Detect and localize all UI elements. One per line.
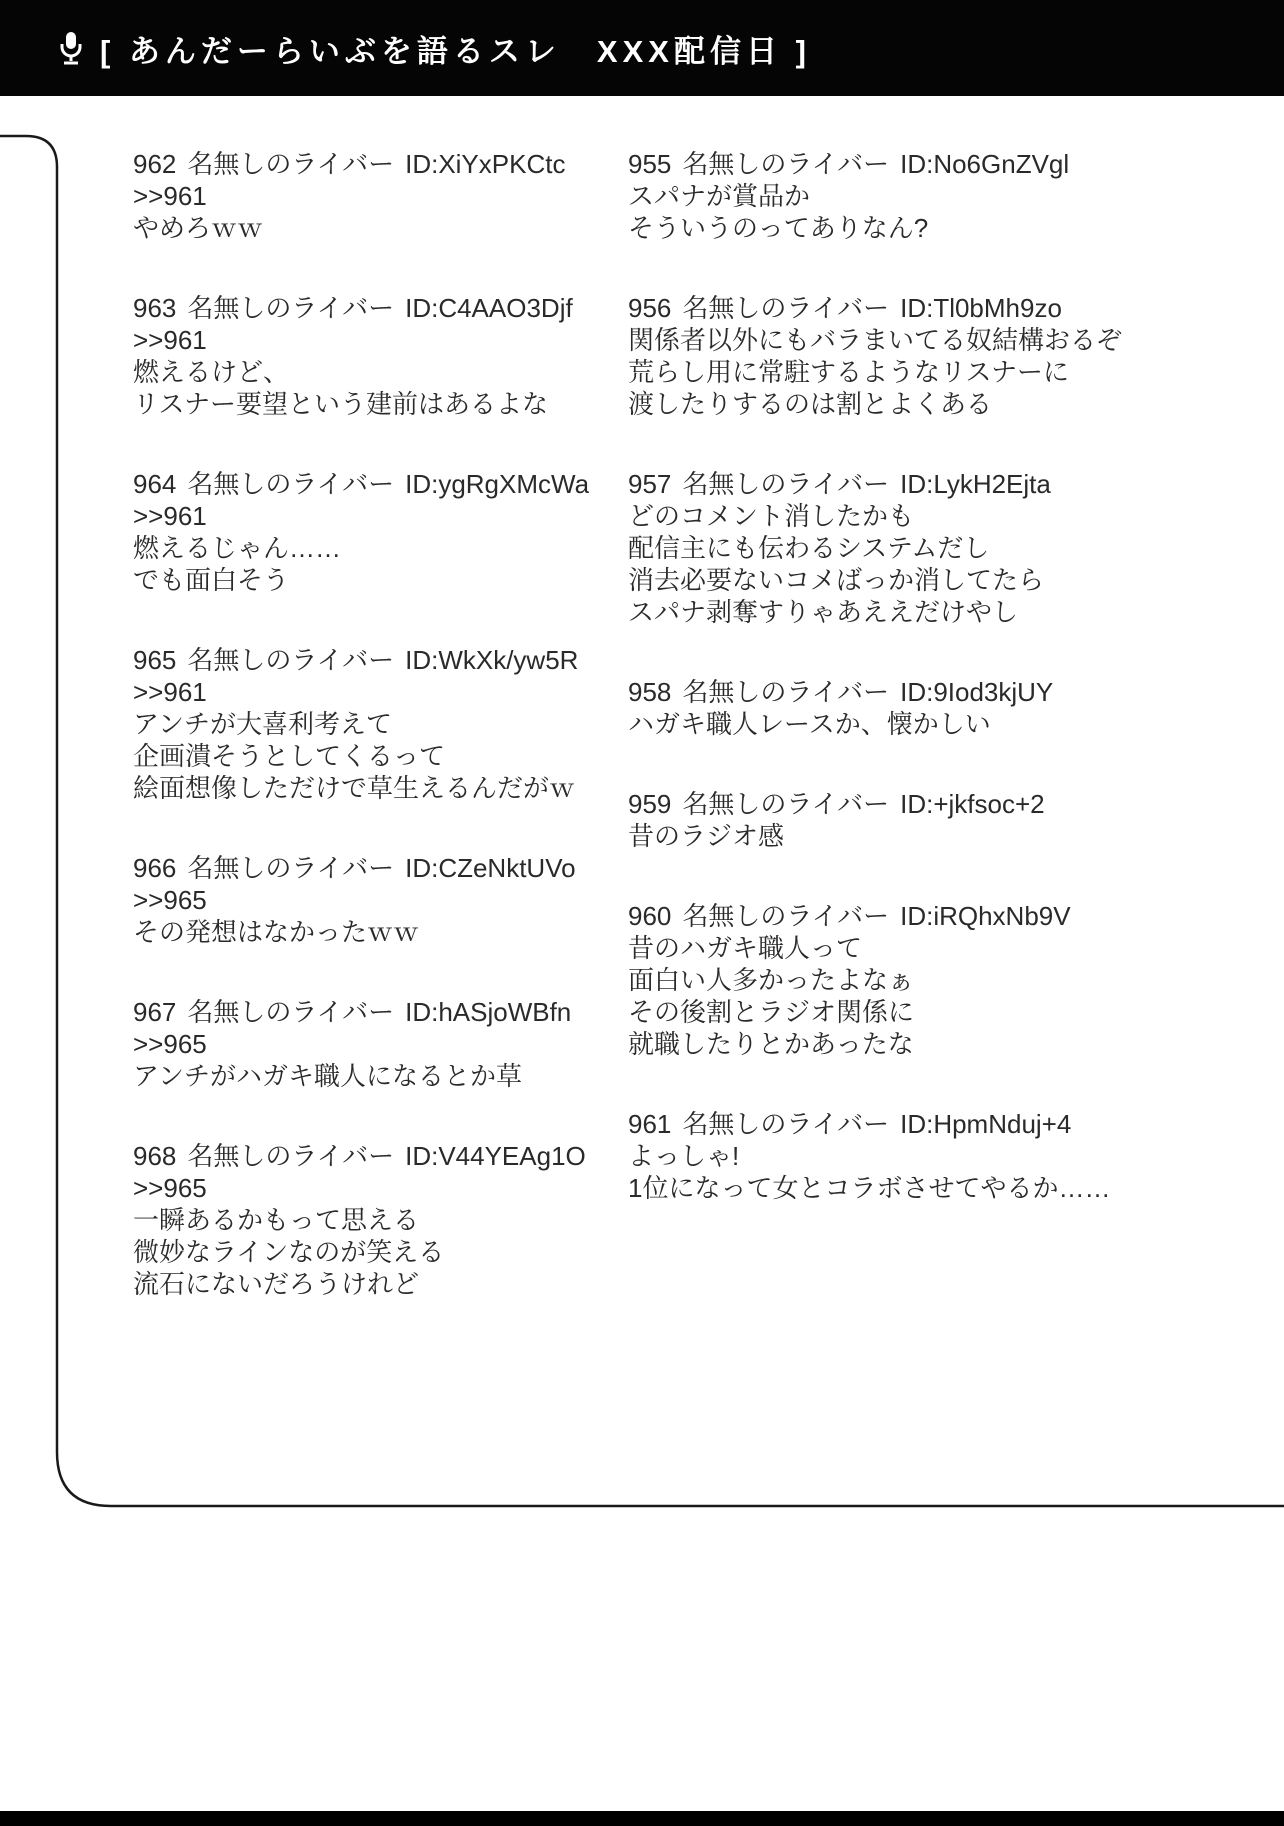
post-text-line: アンチがハガキ職人になるとか草 xyxy=(133,1060,613,1092)
post-header: 966 名無しのライバー ID:CZeNktUVo xyxy=(133,852,613,884)
post-id: ID:hASjoWBfn xyxy=(405,996,571,1028)
post-text-line: ハガキ職人レースか、懐かしい xyxy=(628,708,1248,740)
post-body: 関係者以外にもバラまいてる奴結構おるぞ荒らし用に常駐するようなリスナーに渡したり… xyxy=(628,324,1248,420)
post-id: ID:ygRgXMcWa xyxy=(405,468,589,500)
post-header: 964 名無しのライバー ID:ygRgXMcWa xyxy=(133,468,613,500)
post-id: ID:Tl0bMh9zo xyxy=(900,292,1062,324)
post-number: 967 xyxy=(133,996,176,1028)
post-author-name: 名無しのライバー xyxy=(187,996,394,1028)
post-number: 957 xyxy=(628,468,671,500)
thread-post: 957 名無しのライバー ID:LykH2Ejta どのコメント消したかも配信主… xyxy=(628,468,1248,628)
post-author-name: 名無しのライバー xyxy=(187,468,394,500)
post-number: 966 xyxy=(133,852,176,884)
thread-post: 959 名無しのライバー ID:+jkfsoc+2 昔のラジオ感 xyxy=(628,788,1248,852)
thread-title: [ あんだーらいぶを語るスレ XXX配信日 ] xyxy=(100,26,811,71)
page-bottom-edge xyxy=(0,1811,1284,1826)
post-author-name: 名無しのライバー xyxy=(187,1140,394,1172)
post-header: 960 名無しのライバー ID:iRQhxNb9V xyxy=(628,900,1248,932)
thread-post: 967 名無しのライバー ID:hASjoWBfn >>965アンチがハガキ職人… xyxy=(133,996,613,1092)
post-body: ハガキ職人レースか、懐かしい xyxy=(628,708,1248,740)
post-text-line: その発想はなかったｗｗ xyxy=(133,916,613,948)
reply-anchor: >>965 xyxy=(133,1172,613,1204)
post-author-name: 名無しのライバー xyxy=(682,1108,889,1140)
thread-post: 966 名無しのライバー ID:CZeNktUVo >>965その発想はなかった… xyxy=(133,852,613,948)
post-header: 957 名無しのライバー ID:LykH2Ejta xyxy=(628,468,1248,500)
post-body: よっしゃ!1位になって女とコラボさせてやるか…… xyxy=(628,1140,1248,1204)
post-text-line: 渡したりするのは割とよくある xyxy=(628,388,1248,420)
post-text-line: 一瞬あるかもって思える xyxy=(133,1204,613,1236)
post-author-name: 名無しのライバー xyxy=(682,676,889,708)
post-text-line: 配信主にも伝わるシステムだし xyxy=(628,532,1248,564)
post-text-line: よっしゃ! xyxy=(628,1140,1248,1172)
post-text-line: 微妙なラインなのが笑える xyxy=(133,1236,613,1268)
post-id: ID:C4AAO3Djf xyxy=(405,292,573,324)
post-body: 昔のハガキ職人って面白い人多かったよなぁその後割とラジオ関係に就職したりとかあっ… xyxy=(628,932,1248,1060)
post-author-name: 名無しのライバー xyxy=(187,292,394,324)
post-header: 967 名無しのライバー ID:hASjoWBfn xyxy=(133,996,613,1028)
post-text-line: アンチが大喜利考えて xyxy=(133,708,613,740)
post-author-name: 名無しのライバー xyxy=(682,900,889,932)
post-author-name: 名無しのライバー xyxy=(682,148,889,180)
post-author-name: 名無しのライバー xyxy=(187,852,394,884)
post-id: ID:9Iod3kjUY xyxy=(900,676,1053,708)
post-number: 955 xyxy=(628,148,671,180)
post-author-name: 名無しのライバー xyxy=(682,468,889,500)
post-number: 956 xyxy=(628,292,671,324)
post-body: どのコメント消したかも配信主にも伝わるシステムだし消去必要ないコメばっか消してた… xyxy=(628,500,1248,628)
post-body: >>961アンチが大喜利考えて企画潰そうとしてくるって絵面想像しただけで草生える… xyxy=(133,676,613,804)
post-number: 963 xyxy=(133,292,176,324)
post-text-line: その後割とラジオ関係に xyxy=(628,996,1248,1028)
post-text-line: 昔のハガキ職人って xyxy=(628,932,1248,964)
post-body: >>961燃えるじゃん……でも面白そう xyxy=(133,500,613,596)
reply-anchor: >>961 xyxy=(133,676,613,708)
post-number: 960 xyxy=(628,900,671,932)
thread-post: 965 名無しのライバー ID:WkXk/yw5R >>961アンチが大喜利考え… xyxy=(133,644,613,804)
microphone-icon xyxy=(58,30,84,66)
post-text-line: 面白い人多かったよなぁ xyxy=(628,964,1248,996)
post-header: 955 名無しのライバー ID:No6GnZVgl xyxy=(628,148,1248,180)
post-text-line: スパナが賞品か xyxy=(628,180,1248,212)
post-id: ID:iRQhxNb9V xyxy=(900,900,1071,932)
post-id: ID:+jkfsoc+2 xyxy=(900,788,1045,820)
thread-post: 958 名無しのライバー ID:9Iod3kjUY ハガキ職人レースか、懐かしい xyxy=(628,676,1248,740)
post-id: ID:XiYxPKCtc xyxy=(405,148,565,180)
post-header: 959 名無しのライバー ID:+jkfsoc+2 xyxy=(628,788,1248,820)
post-body: >>965その発想はなかったｗｗ xyxy=(133,884,613,948)
post-text-line: 消去必要ないコメばっか消してたら xyxy=(628,564,1248,596)
post-text-line: 絵面想像しただけで草生えるんだがｗ xyxy=(133,772,613,804)
post-text-line: 就職したりとかあったな xyxy=(628,1028,1248,1060)
thread-column-right: 955 名無しのライバー ID:No6GnZVgl スパナが賞品かそういうのって… xyxy=(628,148,1248,1204)
post-text-line: 昔のラジオ感 xyxy=(628,820,1248,852)
post-number: 968 xyxy=(133,1140,176,1172)
post-header: 956 名無しのライバー ID:Tl0bMh9zo xyxy=(628,292,1248,324)
thread-post: 960 名無しのライバー ID:iRQhxNb9V 昔のハガキ職人って面白い人多… xyxy=(628,900,1248,1060)
thread-column-left: 962 名無しのライバー ID:XiYxPKCtc >>961やめろｗｗ 963… xyxy=(133,148,613,1300)
post-id: ID:LykH2Ejta xyxy=(900,468,1051,500)
thread-post: 962 名無しのライバー ID:XiYxPKCtc >>961やめろｗｗ xyxy=(133,148,613,244)
reply-anchor: >>961 xyxy=(133,500,613,532)
post-id: ID:CZeNktUVo xyxy=(405,852,576,884)
post-body: >>961燃えるけど、リスナー要望という建前はあるよな xyxy=(133,324,613,420)
post-author-name: 名無しのライバー xyxy=(682,292,889,324)
post-body: >>961やめろｗｗ xyxy=(133,180,613,244)
reply-anchor: >>965 xyxy=(133,884,613,916)
post-header: 962 名無しのライバー ID:XiYxPKCtc xyxy=(133,148,613,180)
post-header: 963 名無しのライバー ID:C4AAO3Djf xyxy=(133,292,613,324)
post-body: スパナが賞品かそういうのってありなん? xyxy=(628,180,1248,244)
post-id: ID:WkXk/yw5R xyxy=(405,644,578,676)
post-author-name: 名無しのライバー xyxy=(187,148,394,180)
thread-post: 968 名無しのライバー ID:V44YEAg1O >>965一瞬あるかもって思… xyxy=(133,1140,613,1300)
post-body: 昔のラジオ感 xyxy=(628,820,1248,852)
post-header: 961 名無しのライバー ID:HpmNduj+4 xyxy=(628,1108,1248,1140)
reply-anchor: >>965 xyxy=(133,1028,613,1060)
post-text-line: 荒らし用に常駐するようなリスナーに xyxy=(628,356,1248,388)
thread-post: 964 名無しのライバー ID:ygRgXMcWa >>961燃えるじゃん……で… xyxy=(133,468,613,596)
post-body: >>965アンチがハガキ職人になるとか草 xyxy=(133,1028,613,1092)
thread-post: 956 名無しのライバー ID:Tl0bMh9zo 関係者以外にもバラまいてる奴… xyxy=(628,292,1248,420)
post-id: ID:HpmNduj+4 xyxy=(900,1108,1071,1140)
post-text-line: 燃えるけど、 xyxy=(133,356,613,388)
thread-post: 961 名無しのライバー ID:HpmNduj+4 よっしゃ!1位になって女とコ… xyxy=(628,1108,1248,1204)
post-text-line: スパナ剥奪すりゃあええだけやし xyxy=(628,596,1248,628)
post-text-line: リスナー要望という建前はあるよな xyxy=(133,388,613,420)
post-author-name: 名無しのライバー xyxy=(682,788,889,820)
post-number: 962 xyxy=(133,148,176,180)
post-id: ID:No6GnZVgl xyxy=(900,148,1069,180)
post-text-line: 企画潰そうとしてくるって xyxy=(133,740,613,772)
post-header: 958 名無しのライバー ID:9Iod3kjUY xyxy=(628,676,1248,708)
post-id: ID:V44YEAg1O xyxy=(405,1140,586,1172)
post-number: 958 xyxy=(628,676,671,708)
post-text-line: でも面白そう xyxy=(133,564,613,596)
post-header: 965 名無しのライバー ID:WkXk/yw5R xyxy=(133,644,613,676)
reply-anchor: >>961 xyxy=(133,180,613,212)
post-text-line: どのコメント消したかも xyxy=(628,500,1248,532)
post-text-line: やめろｗｗ xyxy=(133,212,613,244)
thread-post: 955 名無しのライバー ID:No6GnZVgl スパナが賞品かそういうのって… xyxy=(628,148,1248,244)
header-bar: [ あんだーらいぶを語るスレ XXX配信日 ] xyxy=(0,0,1284,96)
post-text-line: そういうのってありなん? xyxy=(628,212,1248,244)
post-text-line: 関係者以外にもバラまいてる奴結構おるぞ xyxy=(628,324,1248,356)
post-text-line: 燃えるじゃん…… xyxy=(133,532,613,564)
post-number: 961 xyxy=(628,1108,671,1140)
post-body: >>965一瞬あるかもって思える微妙なラインなのが笑える流石にないだろうけれど xyxy=(133,1172,613,1300)
post-author-name: 名無しのライバー xyxy=(187,644,394,676)
thread-post: 963 名無しのライバー ID:C4AAO3Djf >>961燃えるけど、リスナ… xyxy=(133,292,613,420)
post-text-line: 1位になって女とコラボさせてやるか…… xyxy=(628,1172,1248,1204)
post-number: 965 xyxy=(133,644,176,676)
post-number: 964 xyxy=(133,468,176,500)
reply-anchor: >>961 xyxy=(133,324,613,356)
post-header: 968 名無しのライバー ID:V44YEAg1O xyxy=(133,1140,613,1172)
post-number: 959 xyxy=(628,788,671,820)
post-text-line: 流石にないだろうけれど xyxy=(133,1268,613,1300)
